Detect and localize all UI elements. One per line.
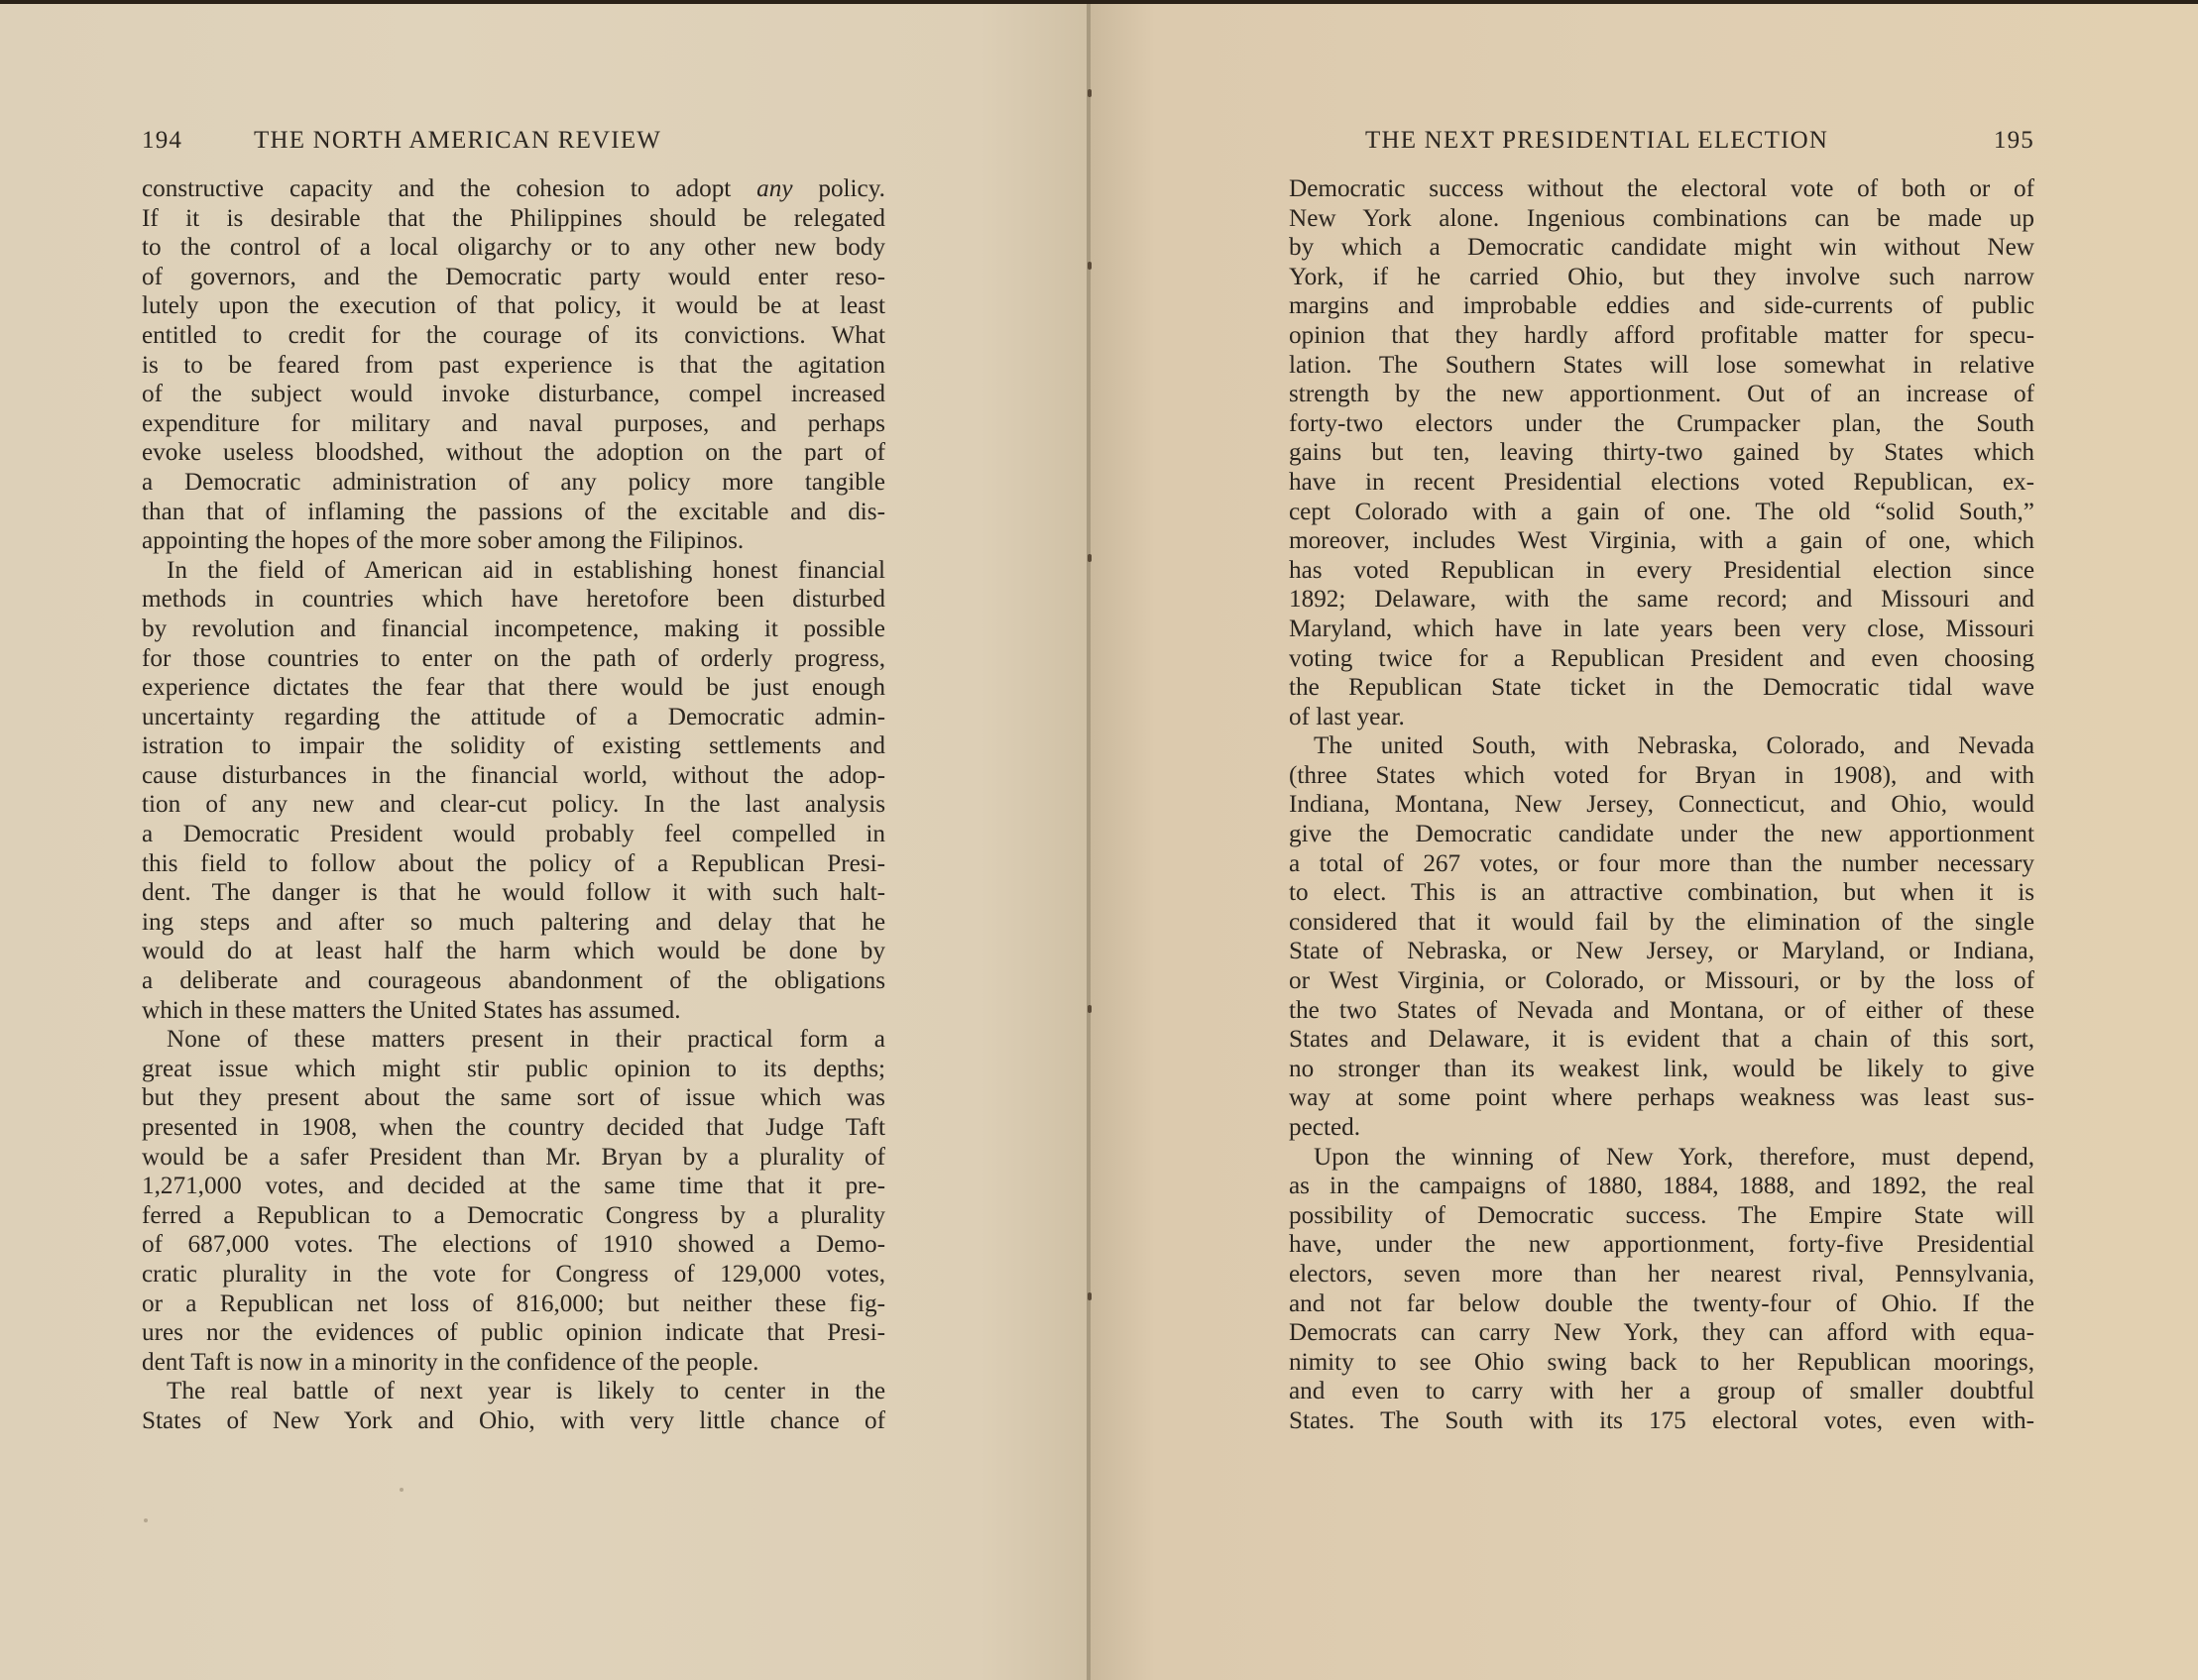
binding-stitch: [1088, 1005, 1092, 1013]
text-line: to the control of a local oligarchy or t…: [142, 233, 885, 263]
text-line: give the Democratic candidate under the …: [1289, 820, 2034, 849]
text-line: a total of 267 votes, or four more than …: [1289, 849, 2034, 879]
paragraph-start: The united South, with Nebraska, Colorad…: [1289, 731, 2034, 761]
text-line: States. The South with its 175 electoral…: [1289, 1406, 2034, 1436]
text-line: have, under the new apportionment, forty…: [1289, 1230, 2034, 1260]
text-line: Maryland, which have in late years been …: [1289, 615, 2034, 644]
text-line: margins and improbable eddies and side-c…: [1289, 291, 2034, 321]
text-line: for those countries to enter on the path…: [142, 644, 885, 674]
text-line: of the subject would invoke disturbance,…: [142, 380, 885, 409]
running-head: THE NORTH AMERICAN REVIEW: [254, 127, 661, 155]
text-line: by revolution and financial incompetence…: [142, 615, 885, 644]
text-line: lation. The Southern States will lose so…: [1289, 351, 2034, 381]
paragraph-start: In the field of American aid in establis…: [142, 556, 885, 586]
text-line: Democrats can carry New York, they can a…: [1289, 1318, 2034, 1348]
book-spread: 194 THE NORTH AMERICAN REVIEW constructi…: [0, 4, 2198, 1680]
left-page-body: constructive capacity and the cohesion t…: [142, 174, 885, 1436]
text-line: 1892; Delaware, with the same record; an…: [1289, 585, 2034, 615]
text-line: presented in 1908, when the country deci…: [142, 1113, 885, 1143]
text-line: nimity to see Ohio swing back to her Rep…: [1289, 1348, 2034, 1378]
text-line: the Republican State ticket in the Democ…: [1289, 673, 2034, 703]
text-line: ures nor the evidences of public opinion…: [142, 1318, 885, 1348]
text-line: of governors, and the Democratic party w…: [142, 263, 885, 292]
text-line: of 687,000 votes. The elections of 1910 …: [142, 1230, 885, 1260]
text-line: and not far below double the twenty-four…: [1289, 1289, 2034, 1319]
text-line: New York alone. Ingenious combinations c…: [1289, 204, 2034, 234]
text-line: and even to carry with her a group of sm…: [1289, 1377, 2034, 1406]
binding-stitch: [1088, 554, 1092, 562]
text-line: ferred a Republican to a Democratic Cong…: [142, 1201, 885, 1231]
text-line: dent Taft is now in a minority in the co…: [142, 1348, 885, 1378]
text-line: would do at least half the harm which wo…: [142, 937, 885, 966]
text-line: pected.: [1289, 1113, 2034, 1143]
text-line: (three States which voted for Bryan in 1…: [1289, 761, 2034, 791]
text-line: which in these matters the United States…: [142, 996, 885, 1026]
text-line: States of New York and Ohio, with very l…: [142, 1406, 885, 1436]
text-line: lutely upon the execution of that policy…: [142, 291, 885, 321]
binding-stitch: [1088, 89, 1092, 97]
page-number: 195: [1994, 127, 2034, 155]
text-line: gains but ten, leaving thirty-two gained…: [1289, 438, 2034, 468]
left-page-header: 194 THE NORTH AMERICAN REVIEW: [142, 127, 885, 159]
text-line: considered that it would fail by the eli…: [1289, 908, 2034, 938]
text-line: experience dictates the fear that there …: [142, 673, 885, 703]
text-line: a deliberate and courageous abandonment …: [142, 966, 885, 996]
page-number: 194: [142, 127, 182, 155]
text-line: or West Virginia, or Colorado, or Missou…: [1289, 966, 2034, 996]
text-line: expenditure for military and naval purpo…: [142, 409, 885, 439]
text-line: to elect. This is an attractive combinat…: [1289, 878, 2034, 908]
paragraph-start: Upon the winning of New York, therefore,…: [1289, 1143, 2034, 1173]
text-line: have in recent Presidential elections vo…: [1289, 468, 2034, 498]
right-page-header: THE NEXT PRESIDENTIAL ELECTION 195: [1365, 127, 2034, 159]
text-line: cratic plurality in the vote for Congres…: [142, 1260, 885, 1289]
binding-stitch: [1088, 262, 1092, 270]
text-line: has voted Republican in every Presidenti…: [1289, 556, 2034, 586]
text-line: methods in countries which have heretofo…: [142, 585, 885, 615]
text-line: cept Colorado with a gain of one. The ol…: [1289, 498, 2034, 527]
text-line: electors, seven more than her nearest ri…: [1289, 1260, 2034, 1289]
text-line: ing steps and after so much paltering an…: [142, 908, 885, 938]
paragraph-start: The real battle of next year is likely t…: [142, 1377, 885, 1406]
text-line: istration to impair the solidity of exis…: [142, 731, 885, 761]
text-line: strength by the new apportionment. Out o…: [1289, 380, 2034, 409]
text-line: tion of any new and clear-cut policy. In…: [142, 790, 885, 820]
text-line: is to be feared from past experience is …: [142, 351, 885, 381]
text-line: or a Republican net loss of 816,000; but…: [142, 1289, 885, 1319]
text-line: opinion that they hardly afford profitab…: [1289, 321, 2034, 351]
emphasis: any: [756, 175, 792, 202]
text-line: no stronger than its weakest link, would…: [1289, 1055, 2034, 1084]
text-line: evoke useless bloodshed, without the ado…: [142, 438, 885, 468]
text-line: but they present about the same sort of …: [142, 1083, 885, 1113]
text-line: States and Delaware, it is evident that …: [1289, 1025, 2034, 1055]
text-line: appointing the hopes of the more sober a…: [142, 526, 885, 556]
text-line: a Democratic administration of any polic…: [142, 468, 885, 498]
text-line: the two States of Nevada and Montana, or…: [1289, 996, 2034, 1026]
text-line: cause disturbances in the financial worl…: [142, 761, 885, 791]
book-gutter: [1087, 4, 1091, 1680]
text-line: possibility of Democratic success. The E…: [1289, 1201, 2034, 1231]
text-line: entitled to credit for the courage of it…: [142, 321, 885, 351]
text-line: this field to follow about the policy of…: [142, 849, 885, 879]
text-line: moreover, includes West Virginia, with a…: [1289, 526, 2034, 556]
text-line: than that of inflaming the passions of t…: [142, 498, 885, 527]
text-line: York, if he carried Ohio, but they invol…: [1289, 263, 2034, 292]
text-line: State of Nebraska, or New Jersey, or Mar…: [1289, 937, 2034, 966]
text-line: If it is desirable that the Philippines …: [142, 204, 885, 234]
text-line: great issue which might stir public opin…: [142, 1055, 885, 1084]
text-line: a Democratic President would probably fe…: [142, 820, 885, 849]
text-line: dent. The danger is that he would follow…: [142, 878, 885, 908]
paragraph-start: None of these matters present in their p…: [142, 1025, 885, 1055]
text-line: as in the campaigns of 1880, 1884, 1888,…: [1289, 1172, 2034, 1201]
text-line: uncertainty regarding the attitude of a …: [142, 703, 885, 732]
text-line: Indiana, Montana, New Jersey, Connecticu…: [1289, 790, 2034, 820]
text-line: voting twice for a Republican President …: [1289, 644, 2034, 674]
binding-stitch: [1088, 1292, 1092, 1300]
text-line: 1,271,000 votes, and decided at the same…: [142, 1172, 885, 1201]
text-line: constructive capacity and the cohesion t…: [142, 174, 885, 204]
text-line: would be a safer President than Mr. Brya…: [142, 1143, 885, 1173]
text-line: way at some point where perhaps weakness…: [1289, 1083, 2034, 1113]
text-line: of last year.: [1289, 703, 2034, 732]
text-line: Democratic success without the electoral…: [1289, 174, 2034, 204]
right-page-body: Democratic success without the electoral…: [1289, 174, 2034, 1436]
text-line: by which a Democratic candidate might wi…: [1289, 233, 2034, 263]
running-head: THE NEXT PRESIDENTIAL ELECTION: [1365, 127, 1828, 155]
paper-speck: [400, 1488, 404, 1492]
paper-speck: [144, 1518, 148, 1522]
text-line: forty-two electors under the Crumpacker …: [1289, 409, 2034, 439]
